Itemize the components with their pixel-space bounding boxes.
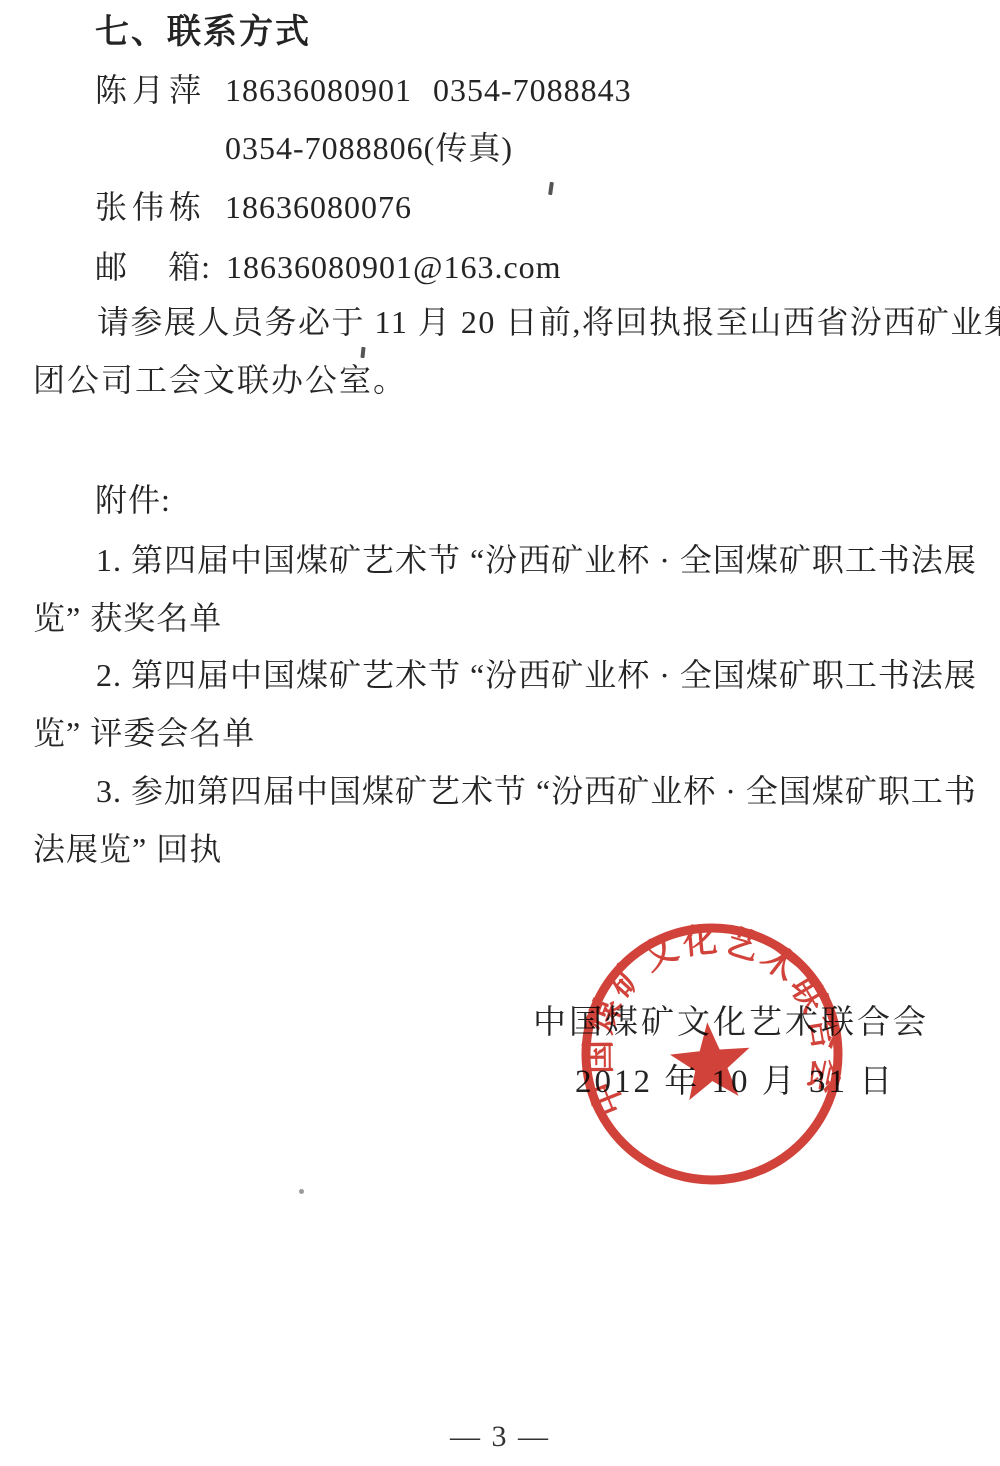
section-heading: 七、联系方式 xyxy=(95,12,311,52)
contact-name: 陈月萍 xyxy=(95,70,225,110)
scan-speck xyxy=(360,347,365,358)
email-label: 邮箱: xyxy=(95,247,211,287)
page-number: — 3 — xyxy=(0,1420,1000,1454)
notice-line-1: 请参展人员务必于 11 月 20 日前,将回执报至山西省汾西矿业集 xyxy=(97,302,1000,342)
scan-speck xyxy=(299,1189,304,1194)
contact-name: 张伟栋 xyxy=(95,187,225,227)
seal-ring-text-element: 中国煤矿文化艺术联合会 xyxy=(568,911,850,1122)
email-label-char1: 邮 xyxy=(95,247,128,287)
contact-fax: 0354-7088806(传真) xyxy=(225,130,513,166)
contact-row-fax: 0354-7088806(传真) xyxy=(225,128,513,168)
attachment-2-line-1: 2. 第四届中国煤矿艺术节 “汾西矿业杯 · 全国煤矿职工书法展 xyxy=(96,655,977,695)
document-page: 七、联系方式 陈月萍186360809010354-7088843 0354-7… xyxy=(0,0,1000,1466)
contact-row-zhang: 张伟栋18636080076 xyxy=(95,187,433,227)
email-label-char2: 箱: xyxy=(168,247,211,287)
contact-email: 18636080901@163.com xyxy=(226,249,562,285)
contact-mobile: 18636080901 xyxy=(225,70,433,110)
seal-ring-text: 中国煤矿文化艺术联合会 xyxy=(568,911,850,1122)
attachments-heading: 附件: xyxy=(95,480,171,520)
seal-star xyxy=(667,1019,753,1102)
attachment-2-line-2: 览” 评委会名单 xyxy=(33,713,255,753)
contact-mobile: 18636080076 xyxy=(225,187,433,227)
attachment-1-line-2: 览” 获奖名单 xyxy=(33,598,222,638)
contact-phone: 0354-7088843 xyxy=(433,72,632,108)
contact-row-email: 邮箱:18636080901@163.com xyxy=(95,247,562,287)
attachment-1-line-1: 1. 第四届中国煤矿艺术节 “汾西矿业杯 · 全国煤矿职工书法展 xyxy=(96,540,977,580)
official-seal: 中国煤矿文化艺术联合会 xyxy=(566,908,859,1201)
notice-line-2: 团公司工会文联办公室。 xyxy=(33,360,407,400)
contact-row-chen: 陈月萍186360809010354-7088843 xyxy=(95,70,632,110)
attachment-3-line-2: 法展览” 回执 xyxy=(33,829,222,869)
scan-speck xyxy=(548,182,554,195)
attachment-3-line-1: 3. 参加第四届中国煤矿艺术节 “汾西矿业杯 · 全国煤矿职工书 xyxy=(96,771,977,811)
